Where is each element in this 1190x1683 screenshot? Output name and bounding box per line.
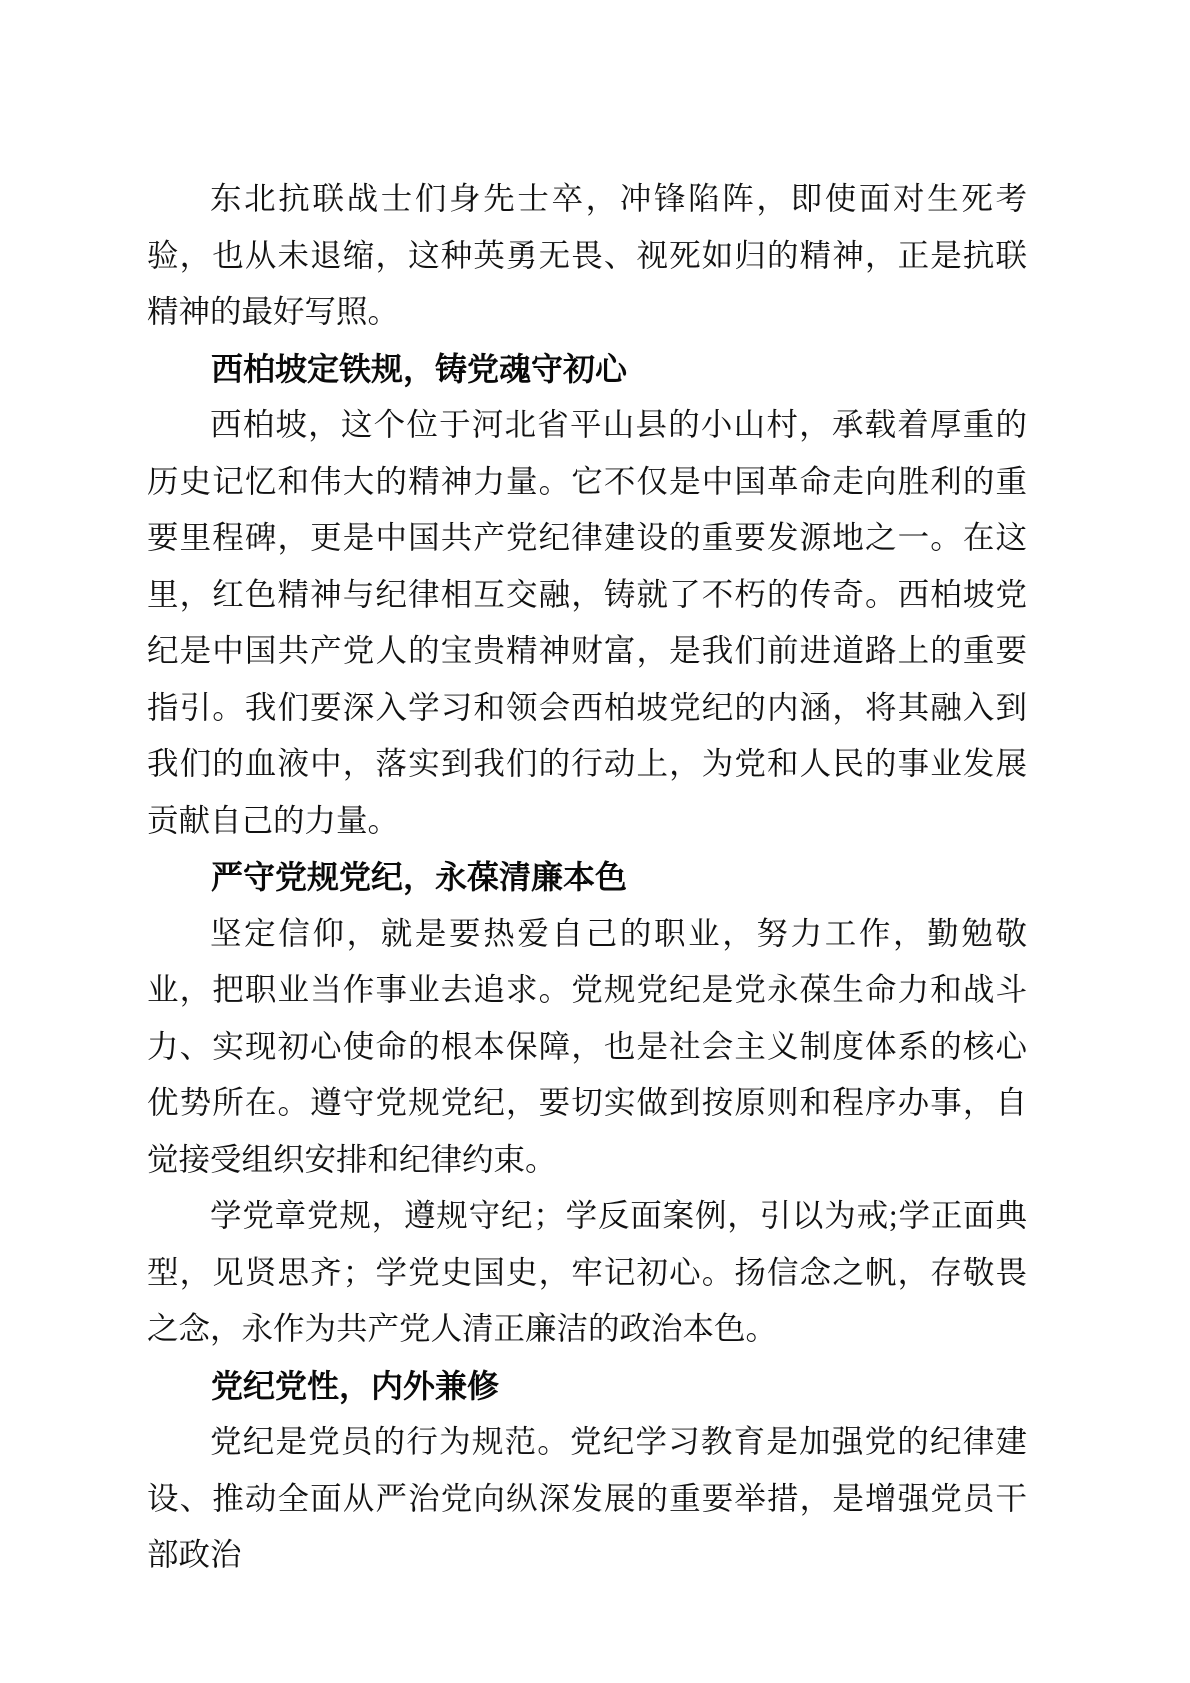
section-heading-strict-discipline: 严守党规党纪，永葆清廉本色 (147, 849, 1027, 906)
paragraph-northeast-resistance: 东北抗联战士们身先士卒，冲锋陷阵，即使面对生死考验，也从未退缩，这种英勇无畏、视… (147, 171, 1027, 341)
document-page: 东北抗联战士们身先士卒，冲锋陷阵，即使面对生死考验，也从未退缩，这种英勇无畏、视… (0, 0, 1190, 1683)
paragraph-firm-belief: 坚定信仰，就是要热爱自己的职业，努力工作，勤勉敬业，把职业当作事业去追求。党规党… (147, 906, 1027, 1189)
document-text-body: 东北抗联战士们身先士卒，冲锋陷阵，即使面对生死考验，也从未退缩，这种英勇无畏、视… (147, 171, 1027, 1584)
paragraph-discipline-education: 党纪是党员的行为规范。党纪学习教育是加强党的纪律建设、推动全面从严治党向纵深发展… (147, 1414, 1027, 1584)
section-heading-party-discipline-nature: 党纪党性，内外兼修 (147, 1358, 1027, 1415)
paragraph-xibaipo-village: 西柏坡，这个位于河北省平山县的小山村，承载着厚重的历史记忆和伟大的精神力量。它不… (147, 397, 1027, 849)
paragraph-study-party-rules: 学党章党规，遵规守纪；学反面案例，引以为戒;学正面典型，见贤思齐；学党史国史，牢… (147, 1188, 1027, 1358)
section-heading-xibaipo-rules: 西柏坡定铁规，铸党魂守初心 (147, 341, 1027, 398)
